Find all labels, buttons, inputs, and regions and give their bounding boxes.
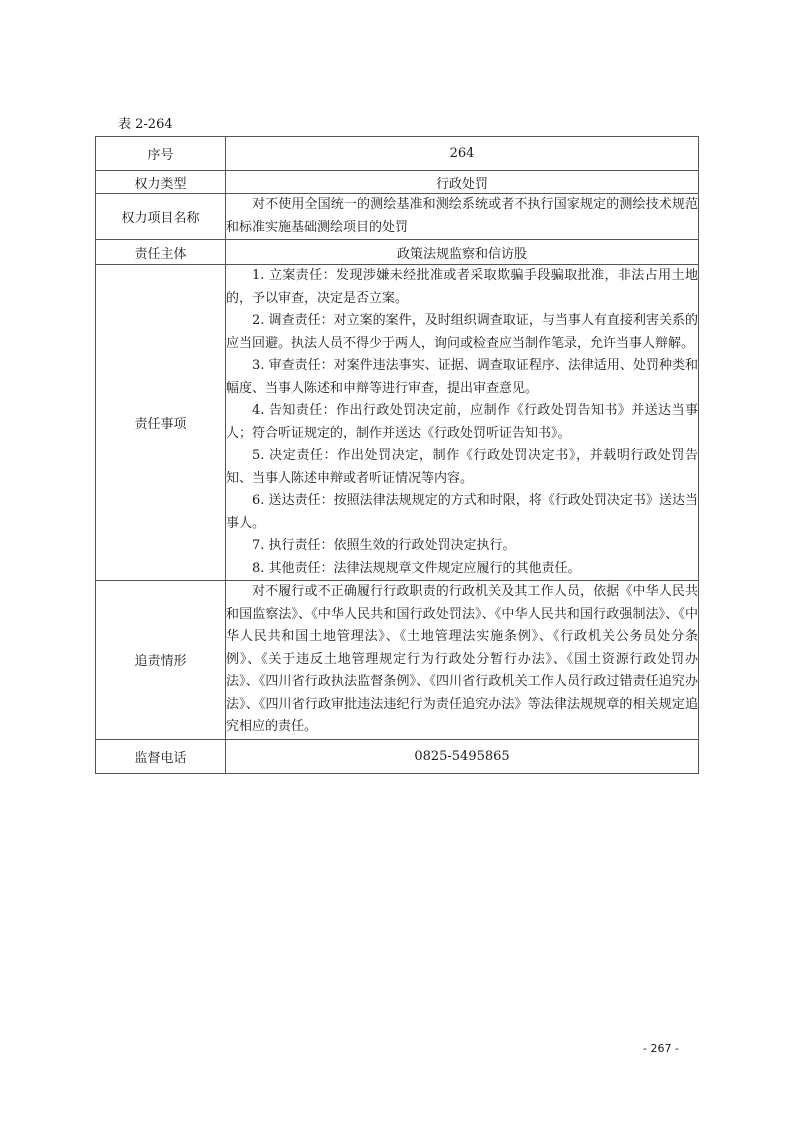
accountability-value: 对不履行或不正确履行行政职责的行政机关及其工作人员，依据《中华人民共和国监察法》… (226, 581, 698, 739)
power-name-cell: 对不使用全国统一的测绘基准和测绘系统或者不执行国家规定的测绘技术规范和标准实施基… (226, 194, 699, 240)
responsibility-item: 4. 告知责任：作出行政处罚决定前，应制作《行政处罚告知书》并送达当事人；符合听… (226, 400, 698, 445)
table-row-subject: 责任主体 政策法规监察和信访股 (96, 240, 699, 265)
power-name-label: 权力项目名称 (96, 194, 226, 240)
table-row-power-name: 权力项目名称 对不使用全国统一的测绘基准和测绘系统或者不执行国家规定的测绘技术规… (96, 194, 699, 240)
responsibilities-label: 责任事项 (96, 265, 226, 581)
hotline-value: 0825-5495865 (226, 739, 699, 773)
table-row-seq: 序号 264 (96, 137, 699, 171)
power-type-value: 行政处罚 (226, 171, 699, 194)
responsibility-item: 3. 审查责任：对案件违法事实、证据、调查取证程序、法律适用、处罚种类和幅度、当… (226, 355, 698, 400)
power-type-label: 权力类型 (96, 171, 226, 194)
responsibility-item: 6. 送达责任：按照法律法规规定的方式和时限，将《行政处罚决定书》送达当事人。 (226, 490, 698, 535)
subject-value: 政策法规监察和信访股 (226, 240, 699, 265)
power-item-table: 序号 264 权力类型 行政处罚 权力项目名称 对不使用全国统一的测绘基准和测绘… (95, 136, 699, 774)
responsibility-item: 8. 其他责任：法律法规规章文件规定应履行的其他责任。 (226, 558, 698, 581)
hotline-label: 监督电话 (96, 739, 226, 773)
responsibility-item: 7. 执行责任：依照生效的行政处罚决定执行。 (226, 535, 698, 558)
table-row-responsibilities: 责任事项 1. 立案责任：发现涉嫌未经批准或者采取欺骗手段骗取批准，非法占用土地… (96, 265, 699, 581)
table-row-hotline: 监督电话 0825-5495865 (96, 739, 699, 773)
page-number: - 267 - (643, 1042, 679, 1055)
seq-label: 序号 (96, 137, 226, 171)
responsibility-item: 5. 决定责任：作出处罚决定，制作《行政处罚决定书》，并载明行政处罚告知、当事人… (226, 445, 698, 490)
accountability-cell: 对不履行或不正确履行行政职责的行政机关及其工作人员，依据《中华人民共和国监察法》… (226, 581, 699, 740)
responsibility-item: 1. 立案责任：发现涉嫌未经批准或者采取欺骗手段骗取批准，非法占用土地的，予以审… (226, 265, 698, 310)
seq-value: 264 (226, 137, 699, 171)
responsibility-item: 2. 调查责任：对立案的案件，及时组织调查取证，与当事人有直接利害关系的应当回避… (226, 310, 698, 355)
table-row-accountability: 追责情形 对不履行或不正确履行行政职责的行政机关及其工作人员，依据《中华人民共和… (96, 581, 699, 740)
table-row-power-type: 权力类型 行政处罚 (96, 171, 699, 194)
subject-label: 责任主体 (96, 240, 226, 265)
power-name-value: 对不使用全国统一的测绘基准和测绘系统或者不执行国家规定的测绘技术规范和标准实施基… (226, 194, 698, 239)
responsibilities-cell: 1. 立案责任：发现涉嫌未经批准或者采取欺骗手段骗取批准，非法占用土地的，予以审… (226, 265, 699, 581)
accountability-label: 追责情形 (96, 581, 226, 740)
table-caption: 表 2-264 (118, 117, 173, 133)
